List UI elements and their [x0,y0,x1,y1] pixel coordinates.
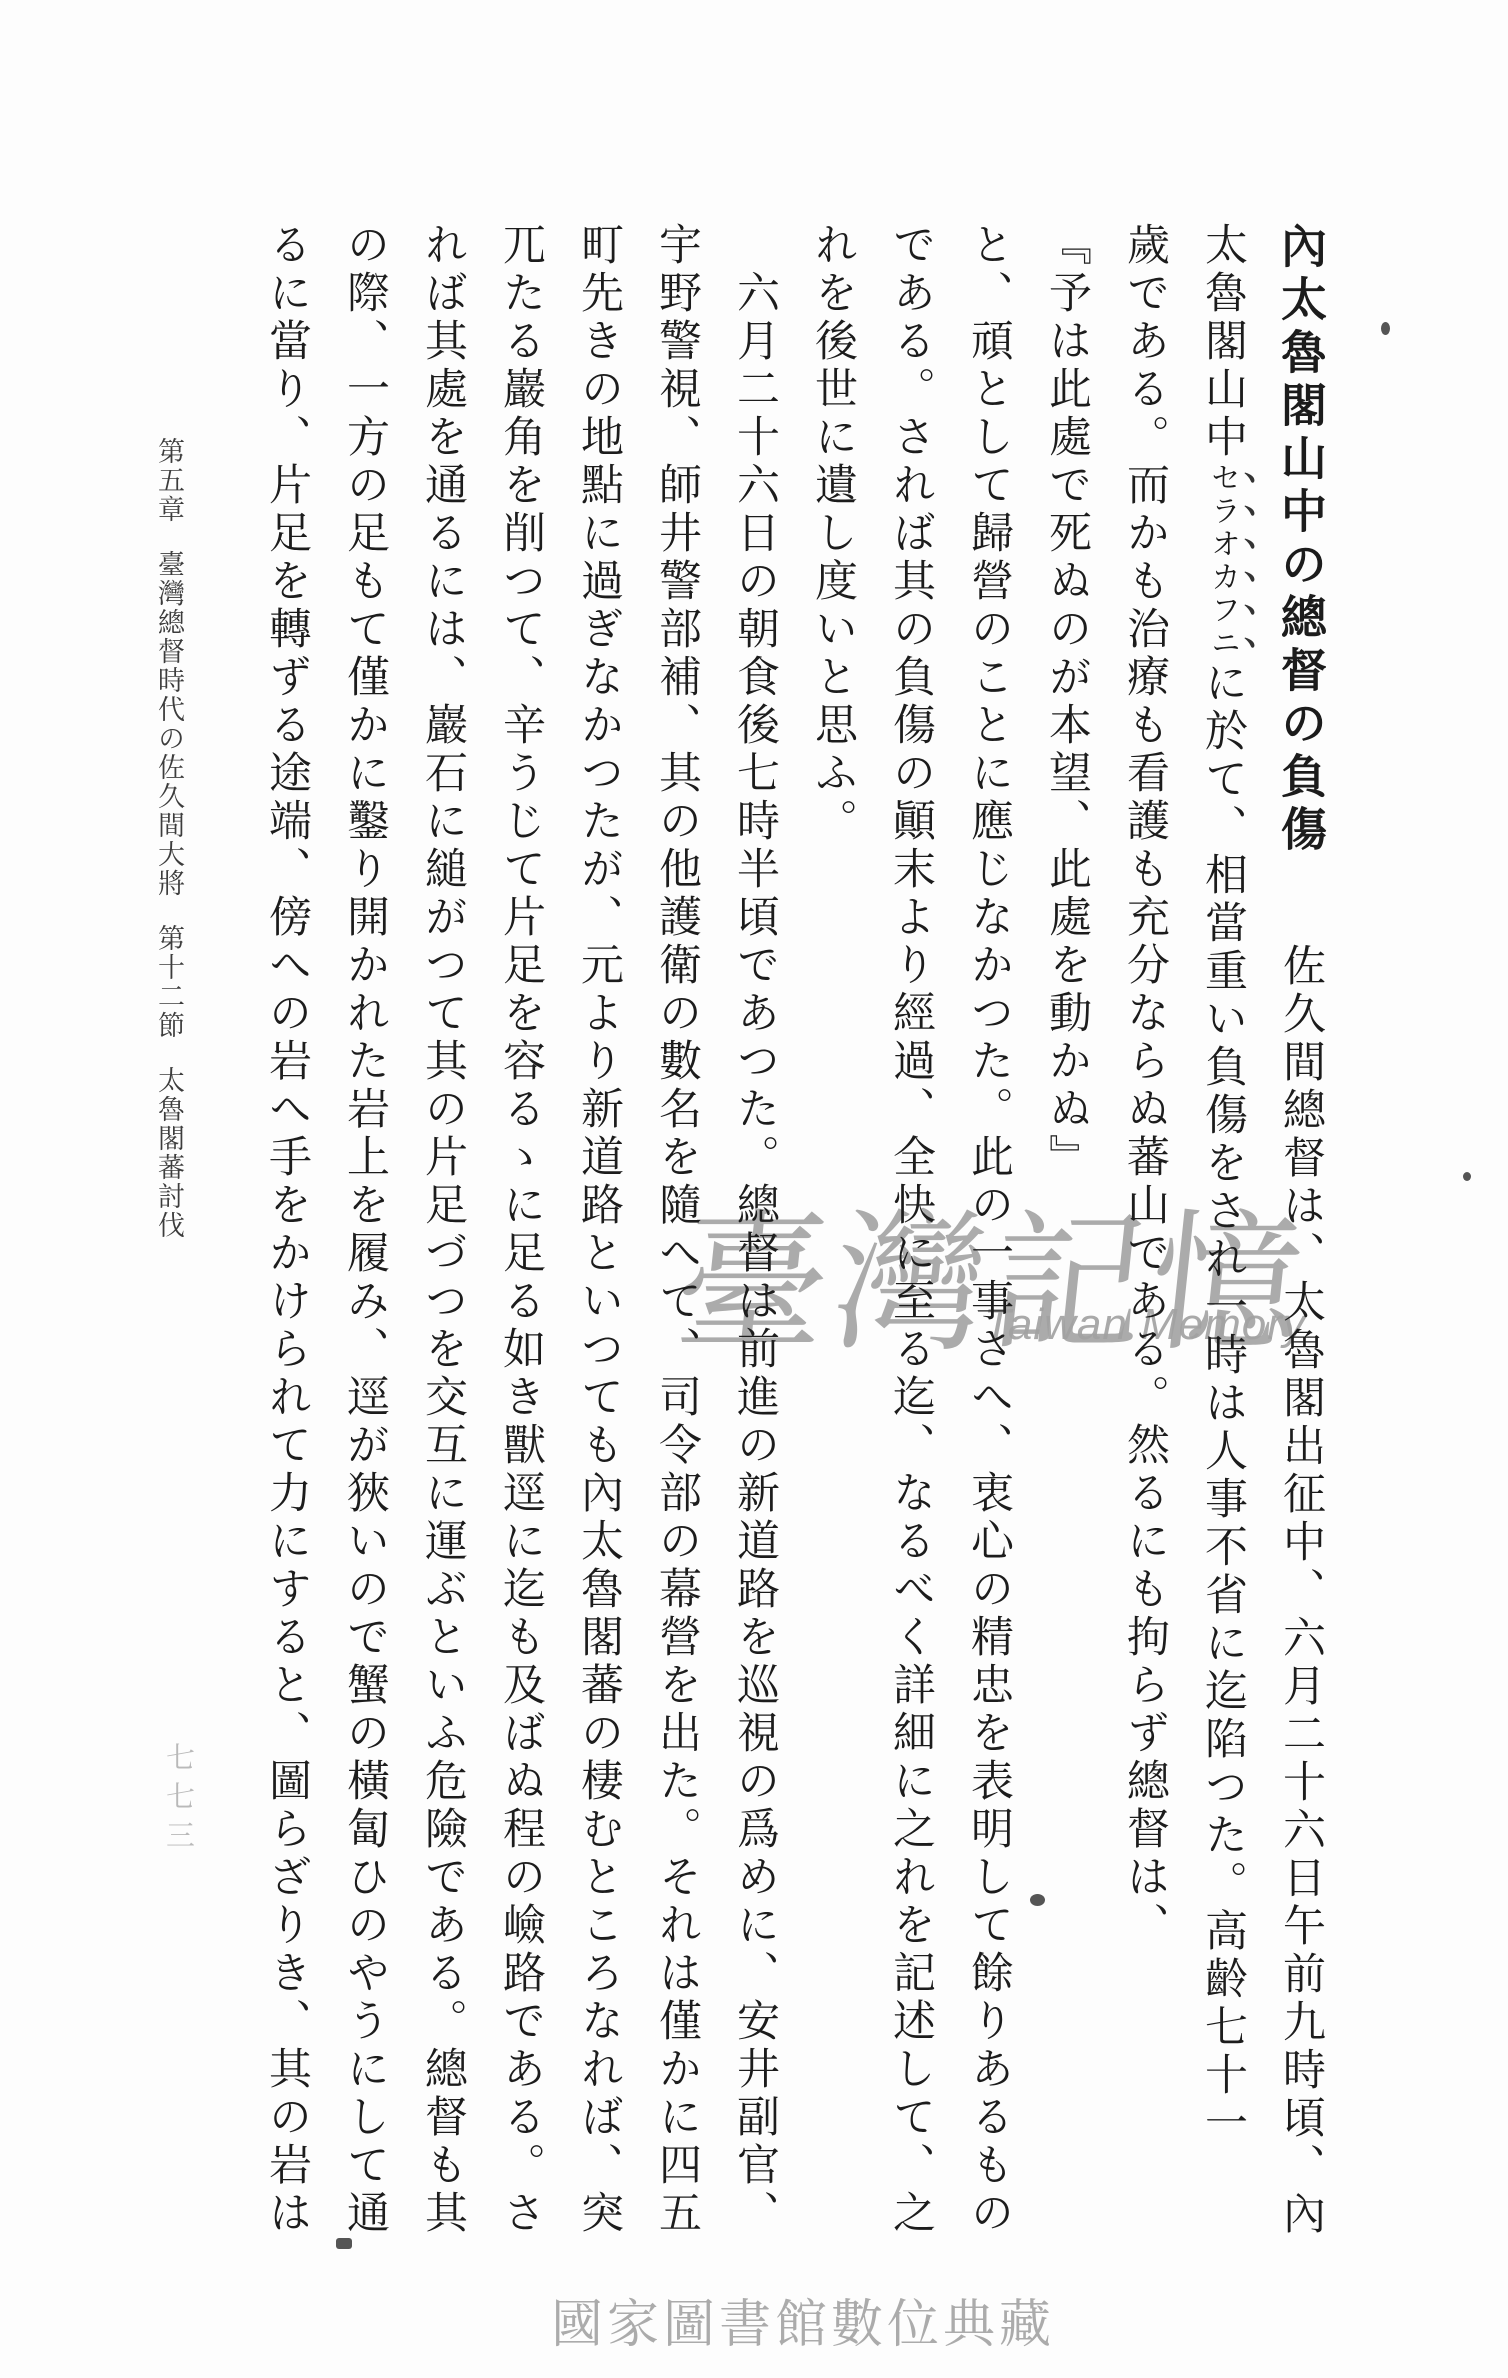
section-heading: 內太魯閣山中の總督の負傷 [1275,222,1326,858]
ink-speck [1030,1894,1045,1906]
column-text: に於て、相當重い負傷をされ一時は人事不省に迄陷つた。高齡七十一 [1199,660,1246,2148]
text-column: 內太魯閣山中の總督の負傷佐久間總督は、太魯閣出征中、六月二十六日午前九時頃、內 [1261,222,1339,2332]
ink-speck [1381,322,1390,335]
text-column: と、頑として歸營のことに應じなかつた。此の一事さへ、衷心の精忠を表明して餘りある… [949,222,1027,2332]
text-column: 太魯閣山中セラオカフニに於て、相當重い負傷をされ一時は人事不省に迄陷つた。高齡七… [1183,222,1261,2332]
text-column: 町先きの地點に過ぎなかつたが、元より新道路といつても內太魯閣蕃の棲むところなれば… [559,222,637,2332]
paragraph-start: 佐久間總督は、太魯閣出征中、六月二十六日午前九時頃、內 [1277,943,1324,2239]
page-number: 七七三 [158,1742,199,1859]
text-column: 六月二十六日の朝食後七時半頃であつた。總督は前進の新道路を巡視の爲めに、安井副官… [715,222,793,2332]
scanned-book-page: 臺灣記憶 Taiwan Memory 內太魯閣山中の總督の負傷佐久間總督は、太魯… [0,0,1508,2378]
text-column: 兀たる巖角を削つて、辛うじて片足を容るゝに足る如き獸逕に迄も及ばぬ程の嶮路である… [481,222,559,2332]
text-column: 歲である。而かも治療も看護も充分ならぬ蕃山である。然るにも拘らず總督は、 [1105,222,1183,2332]
text-column-quote: 『予は此處で死ぬのが本望、此處を動かぬ』 [1027,222,1105,2332]
ink-speck [336,2238,352,2249]
phonetic-kana: セラオカフニ [1206,462,1239,660]
text-column: の際、一方の足もて僅かに鑿り開かれた岩上を履み、逕が狹いので蟹の橫匐ひのやうにし… [325,222,403,2332]
text-column: 宇野警視、師井警部補、其の他護衛の數名を隨へて、司令部の幕營を出た。それは僅かに… [637,222,715,2332]
body-text: 內太魯閣山中の總督の負傷佐久間總督は、太魯閣出征中、六月二十六日午前九時頃、內 … [247,222,1339,2332]
ink-speck [1463,1172,1471,1181]
text-column: れば其處を通るには、巖石に縋がつて其の片足づつを交互に運ぶといふ危險である。總督… [403,222,481,2332]
text-column: である。されば其の負傷の顚末より經過、全快に至る迄、なるべく詳細に之れを記述して… [871,222,949,2332]
column-text: 太魯閣山中 [1199,222,1246,462]
section-title: 太魯閣蕃討伐 [154,1066,184,1240]
text-column: れを後世に遺し度いと思ふ。 [793,222,871,2332]
margin-note: 第五章臺灣總督時代の佐久間大將第十二節太魯閣蕃討伐 [150,437,189,1240]
section-label: 第十二節 [154,924,184,1040]
text-column: るに當り、片足を轉ずる途端、傍への岩へ手をかけられて力にすると、圖らざりき、其の… [247,222,325,2332]
chapter-title: 臺灣總督時代の佐久間大將 [154,550,184,898]
chapter-label: 第五章 [154,437,184,524]
